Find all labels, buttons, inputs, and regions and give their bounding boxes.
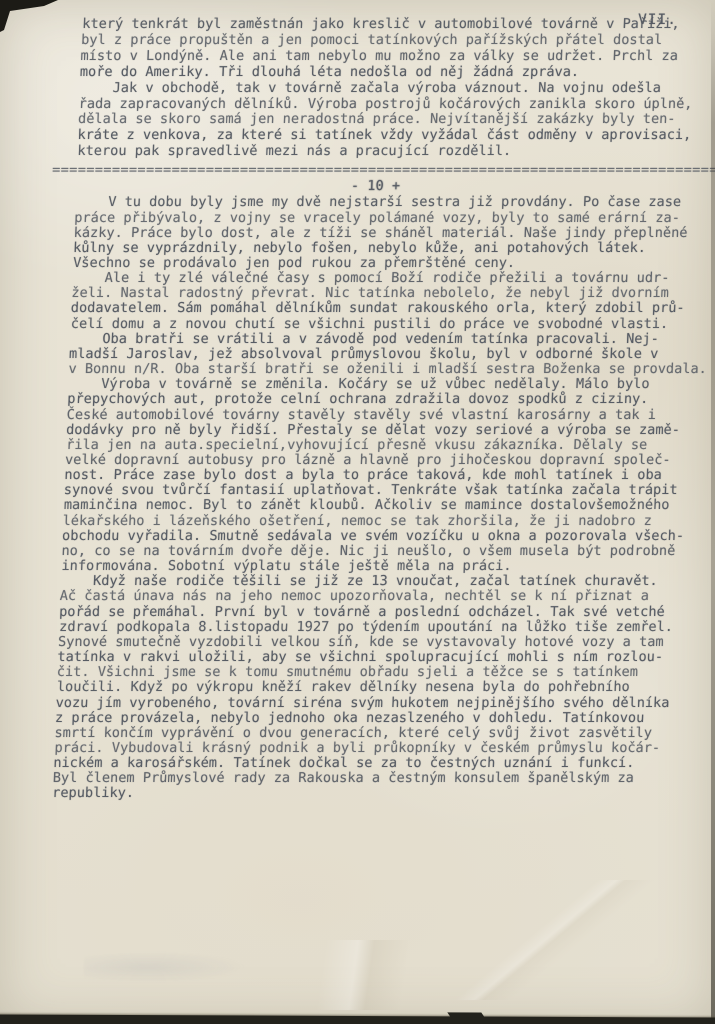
typed-line: lékařského i lázeňského ošetření, nemoc … bbox=[62, 514, 715, 529]
typed-line: řila jen na auta.specielní,vyhovující př… bbox=[66, 438, 715, 453]
carryover-paragraph: který tenkrát byl zaměstnán jako kreslič… bbox=[77, 17, 715, 160]
scan-right-edge bbox=[711, 0, 715, 1024]
typed-line: tatínka v rakvi uložili, aby se všichni … bbox=[57, 650, 715, 665]
typed-line: Jak v obchodě, tak v továrně začala výro… bbox=[80, 81, 715, 97]
typed-line: místo v Londýně. Ale ani tam nebylo mu m… bbox=[80, 49, 715, 65]
typed-line: byl z práce propuštěn a jen pomoci tatín… bbox=[81, 33, 715, 49]
typed-line: kázky. Práce bylo dost, ale z tíži se sh… bbox=[73, 226, 715, 241]
typed-line: čit. Všichni jsme se k tomu smutnému obř… bbox=[57, 665, 715, 680]
typed-line: kráte z venkova, za které si tatínek vžd… bbox=[77, 128, 715, 144]
typed-line: loučili. Když po výkropu kněží rakev děl… bbox=[57, 680, 715, 695]
typewritten-page: VII. který tenkrát byl zaměstnán jako kr… bbox=[0, 0, 715, 1024]
typed-line: přepychových aut, protože celní ochrana … bbox=[67, 392, 715, 407]
scan-bottom-edge bbox=[0, 1014, 715, 1024]
typed-line: dodávky pro ně byly řidší. Přestaly se d… bbox=[66, 423, 715, 438]
typed-line: dělala se skoro samá jen neradostná prác… bbox=[78, 112, 715, 128]
typed-line: kterou pak spravedlivě mezi nás a pracuj… bbox=[77, 144, 715, 160]
typed-line: čelí domu a z novou chutí se všichni pus… bbox=[71, 317, 715, 332]
typed-line: pořád se přemáhal. První byl v továrně a… bbox=[59, 605, 715, 620]
typed-line: který tenkrát byl zaměstnán jako kreslič… bbox=[82, 17, 715, 33]
typed-line: zdraví podkopala 8.listopadu 1927 po týd… bbox=[59, 620, 715, 635]
typed-line: Výroba v továrně se změnila. Kočáry se u… bbox=[68, 377, 715, 392]
typed-line: moře do Ameriky. Tři dlouhá léta nedošla… bbox=[80, 65, 715, 81]
faint-ink-smudge bbox=[84, 952, 244, 982]
memoir-text: V tu dobu byly jsme my dvě nejstarší ses… bbox=[52, 195, 715, 801]
typed-line: Ač častá únava nás na jeho nemoc upozorň… bbox=[59, 589, 715, 604]
typed-line: Synové smutečně vyzdobili velkou síň, kd… bbox=[58, 635, 715, 650]
typed-line: práce přibývalo, z vojny se vracely polá… bbox=[74, 211, 715, 226]
typed-line: z práce provázela, nebylo jednoho oka ne… bbox=[55, 711, 715, 726]
typed-line: dodavatelem. Sám pomáhal dělníkům sundat… bbox=[70, 301, 715, 316]
typed-line: velké dopravní autobusy pro lázně a hlav… bbox=[65, 453, 715, 468]
text-column: který tenkrát byl zaměstnán jako kreslič… bbox=[52, 17, 715, 802]
scan-corner-shadow bbox=[0, 0, 72, 34]
typed-line: práci. Vybudovali krásný podnik a byli p… bbox=[54, 741, 715, 756]
typed-line: želi. Nastal radostný převrat. Nic tatín… bbox=[71, 286, 715, 301]
typed-line: kůlny se vyprázdnily, nebylo fošen, neby… bbox=[73, 241, 715, 256]
typed-line: no, co se na továrním dvoře děje. Nic ji… bbox=[61, 544, 715, 559]
typed-line: republiky. bbox=[52, 786, 713, 801]
typed-line: v Bonnu n/R. Oba starší bratři se oženil… bbox=[68, 362, 715, 377]
typed-line: Oba bratři se vrátili a v závodě pod ved… bbox=[69, 332, 715, 347]
typed-line: vozu jím vyrobeného, tovární siréna svým… bbox=[55, 696, 715, 711]
typed-line: České automobilové továrny stavěly stavě… bbox=[66, 408, 715, 423]
typed-line: Byl členem Průmyslové rady za Rakouska a… bbox=[52, 771, 713, 786]
page-number: - 10 + bbox=[75, 179, 676, 194]
paper-crease bbox=[380, 880, 710, 1000]
typed-divider-line: ========================================… bbox=[52, 164, 715, 177]
typed-line: synové svou tvůrčí fantasií uplatňovat. … bbox=[64, 483, 715, 498]
typed-line: maminčina nemoc. Byl to zánět kloubů. Ač… bbox=[64, 498, 715, 513]
typed-line: informována. Sobotní výplatu stále ještě… bbox=[61, 559, 715, 574]
typed-line: mladší Jaroslav, jež absolvoval průmyslo… bbox=[69, 347, 715, 362]
typed-line: obchodu vyřadila. Smutně sedávala ve své… bbox=[62, 529, 715, 544]
typed-line: Všechno se prodávalo jen pod rukou za př… bbox=[73, 256, 715, 271]
typed-line: V tu dobu byly jsme my dvě nejstarší ses… bbox=[75, 195, 715, 210]
typed-line: smrtí končím vyprávění o dvou generacích… bbox=[54, 726, 715, 741]
